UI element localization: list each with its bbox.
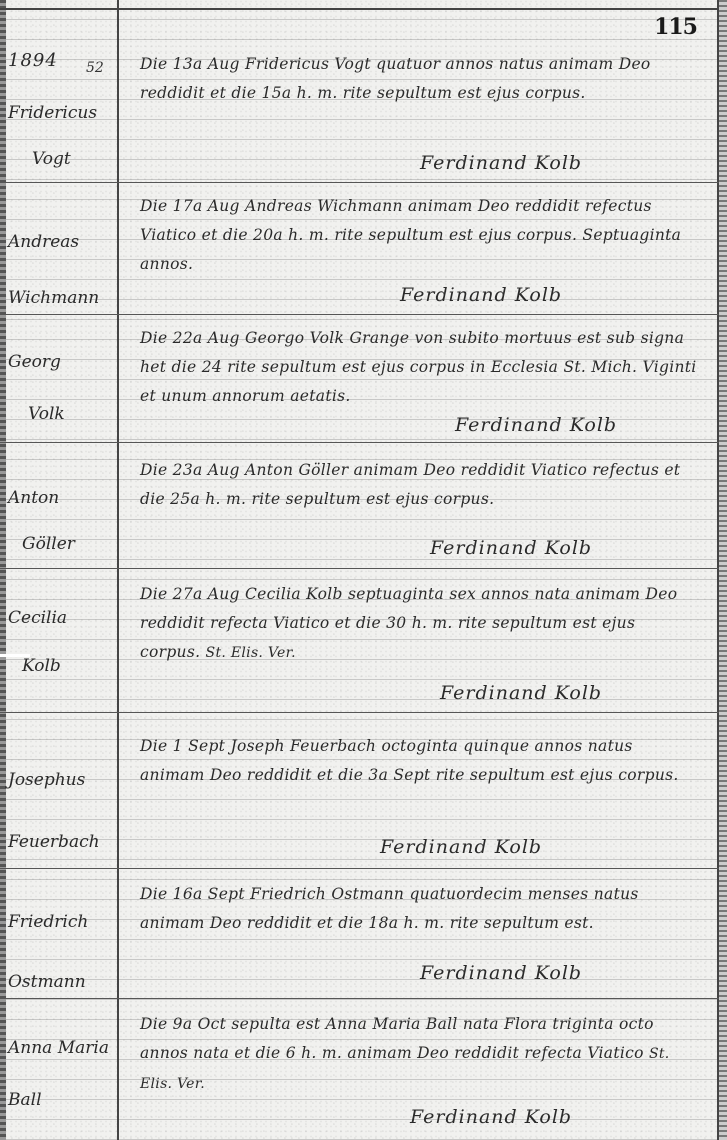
margin-first-name: Fridericus xyxy=(8,105,116,123)
entry-text: Die 27a Aug Cecilia Kolb septuaginta sex… xyxy=(140,580,700,668)
register-entry: Cecilia Kolb Die 27a Aug Cecilia Kolb se… xyxy=(0,568,719,713)
signature: Ferdinand Kolb xyxy=(400,284,562,306)
entry-margin: Cecilia Kolb xyxy=(8,610,116,676)
register-entry: Anna Maria Ball Die 9a Oct sepulta est A… xyxy=(0,998,719,1140)
margin-last-name: Volk xyxy=(8,406,116,424)
margin-first-name: Andreas xyxy=(8,234,116,252)
margin-first-name: Anna Maria xyxy=(8,1040,116,1058)
entry-margin: Georg Volk xyxy=(8,354,116,424)
signature: Ferdinand Kolb xyxy=(455,414,617,436)
margin-first-name: Friedrich xyxy=(8,914,116,932)
register-entry: Anton Göller Die 23a Aug Anton Göller an… xyxy=(0,442,719,569)
margin-last-name: Wichmann xyxy=(8,290,116,308)
margin-first-name: Josephus xyxy=(8,772,116,790)
margin-last-name: Vogt xyxy=(8,151,116,169)
margin-first-name: Cecilia xyxy=(8,610,116,628)
margin-last-name: Ostmann xyxy=(8,974,116,992)
margin-first-name: Georg xyxy=(8,354,116,372)
signature: Ferdinand Kolb xyxy=(410,1106,572,1128)
entry-margin: Anton Göller xyxy=(8,490,116,554)
signature: Ferdinand Kolb xyxy=(380,836,542,858)
entry-text: Die 16a Sept Friedrich Ostmann quatuorde… xyxy=(140,880,700,938)
signature: Ferdinand Kolb xyxy=(430,537,592,559)
entry-text: Die 17a Aug Andreas Wichmann animam Deo … xyxy=(140,192,700,279)
entry-margin: Friedrich Ostmann xyxy=(8,914,116,992)
margin-last-name: Kolb xyxy=(8,658,116,676)
entry-text: Die 22a Aug Georgo Volk Grange von subit… xyxy=(140,324,700,411)
entry-text: Die 9a Oct sepulta est Anna Maria Ball n… xyxy=(140,1010,700,1099)
register-page: 115 1894 Fridericus Vogt 52 Die 13a Aug … xyxy=(0,0,727,1140)
entry-margin: Josephus Feuerbach xyxy=(8,772,116,852)
register-entry: 1894 Fridericus Vogt 52 Die 13a Aug Frid… xyxy=(0,10,719,183)
entry-text: Die 1 Sept Joseph Feuerbach octoginta qu… xyxy=(140,732,700,790)
entry-note: St. Elis. Ver. xyxy=(206,645,296,661)
signature: Ferdinand Kolb xyxy=(440,682,602,704)
signature: Ferdinand Kolb xyxy=(420,962,582,984)
register-entry: Andreas Wichmann Die 17a Aug Andreas Wic… xyxy=(0,182,719,315)
margin-first-name: Anton xyxy=(8,490,116,508)
entry-text: Die 23a Aug Anton Göller animam Deo redd… xyxy=(140,456,700,514)
margin-last-name: Göller xyxy=(8,536,116,554)
signature: Ferdinand Kolb xyxy=(420,152,582,174)
margin-last-name: Ball xyxy=(8,1092,116,1110)
entry-text: Die 13a Aug Fridericus Vogt quatuor anno… xyxy=(140,50,700,108)
scan-artifact xyxy=(0,654,30,657)
entry-text-body: Die 9a Oct sepulta est Anna Maria Ball n… xyxy=(140,1015,654,1062)
register-entry: Friedrich Ostmann Die 16a Sept Friedrich… xyxy=(0,868,719,999)
entry-margin: Andreas Wichmann xyxy=(8,234,116,308)
entry-margin: Anna Maria Ball xyxy=(8,1040,116,1110)
margin-last-name: Feuerbach xyxy=(8,834,116,852)
entry-number: 52 xyxy=(86,60,104,76)
register-entry: Josephus Feuerbach Die 1 Sept Joseph Feu… xyxy=(0,712,719,869)
register-entry: Georg Volk Die 22a Aug Georgo Volk Grang… xyxy=(0,314,719,443)
